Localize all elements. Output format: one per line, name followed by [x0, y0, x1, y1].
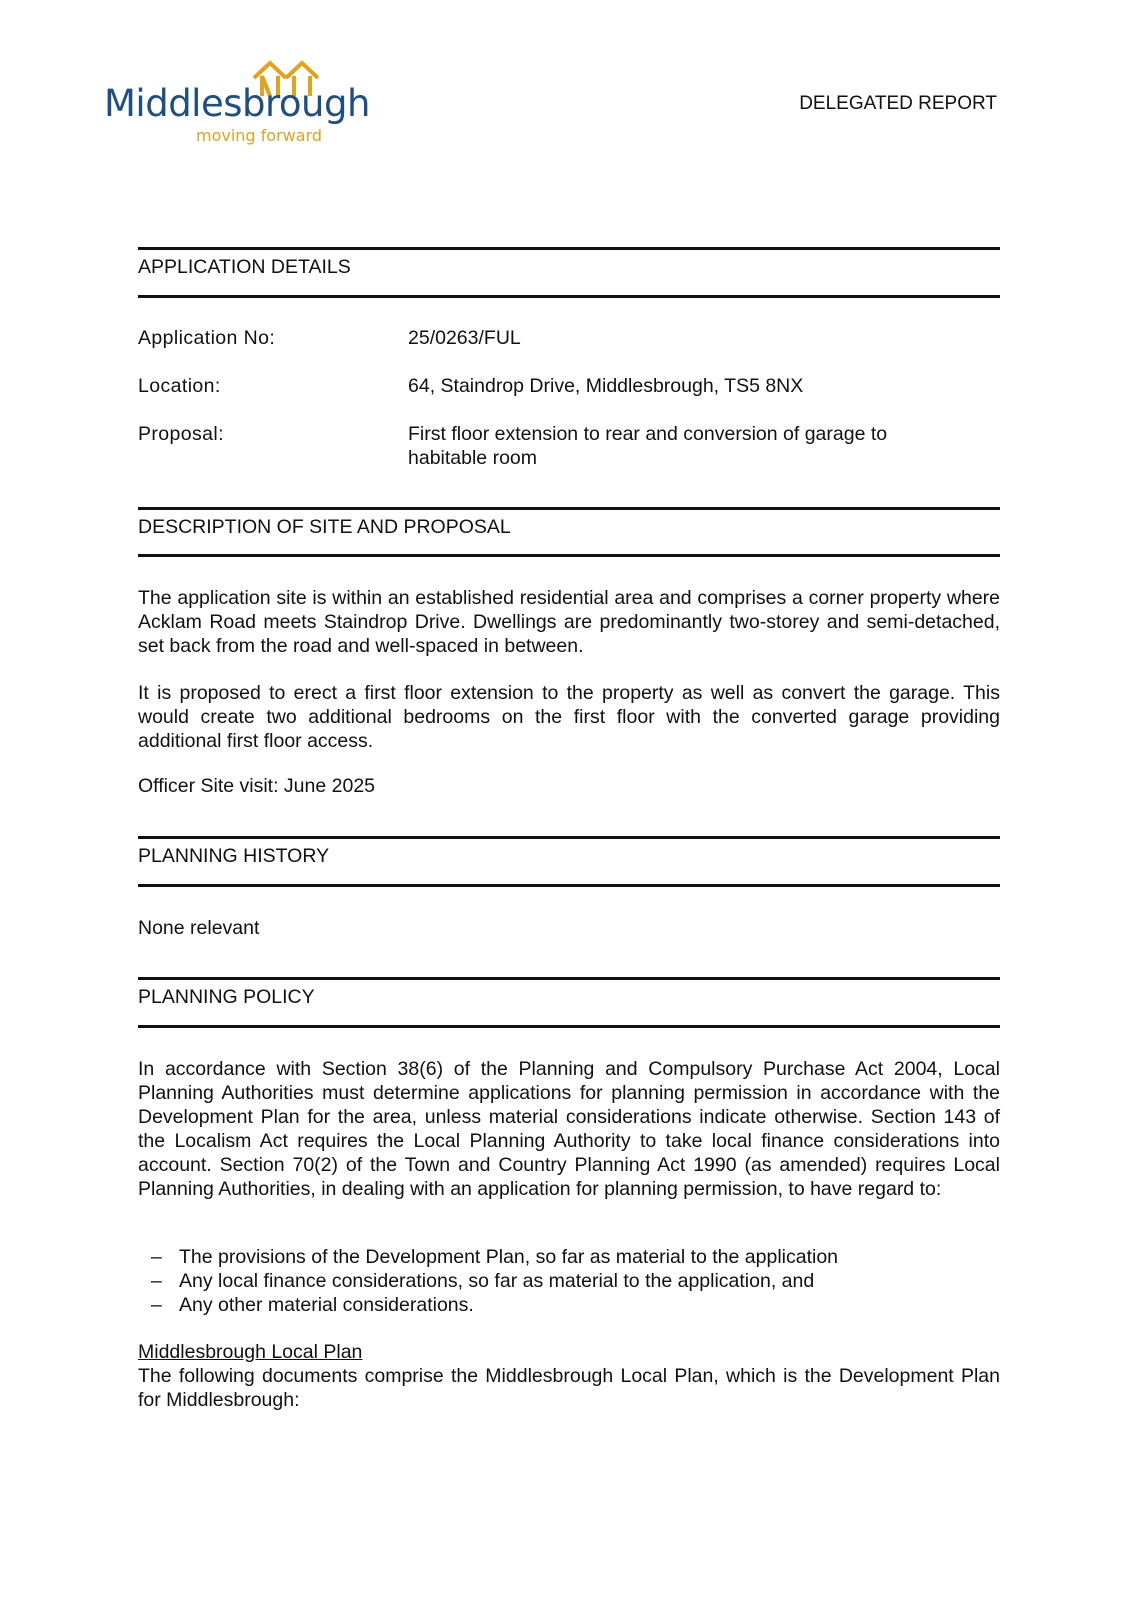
- planning-policy-heading: PLANNING POLICY: [138, 986, 315, 1009]
- section-divider: [138, 295, 1000, 298]
- planning-history-heading: PLANNING HISTORY: [138, 845, 329, 868]
- logo-wordmark: Middlesbrough: [104, 82, 370, 125]
- application-details-heading: APPLICATION DETAILS: [138, 256, 351, 279]
- local-plan-text: The following documents comprise the Mid…: [138, 1365, 1000, 1411]
- detail-value: 25/0263/FUL: [408, 326, 948, 350]
- logo-tagline: moving forward: [196, 126, 322, 145]
- list-item: –The provisions of the Development Plan,…: [138, 1245, 838, 1269]
- detail-label: Location:: [138, 374, 398, 398]
- considerations-list: –The provisions of the Development Plan,…: [138, 1245, 838, 1317]
- planning-policy-intro: In accordance with Section 38(6) of the …: [138, 1057, 1000, 1201]
- section-divider: [138, 836, 1000, 839]
- planning-history-text: None relevant: [138, 916, 1000, 940]
- section-divider: [138, 507, 1000, 510]
- section-divider: [138, 1025, 1000, 1028]
- local-plan-subheading: Middlesbrough Local Plan: [138, 1341, 362, 1363]
- description-paragraph: The application site is within an establ…: [138, 586, 1000, 658]
- detail-value: 64, Staindrop Drive, Middlesbrough, TS5 …: [408, 374, 948, 398]
- description-paragraph: It is proposed to erect a first floor ex…: [138, 681, 1000, 753]
- local-plan-section: Middlesbrough Local Plan The following d…: [138, 1340, 1000, 1412]
- list-item: –Any other material considerations.: [138, 1293, 838, 1317]
- description-heading: DESCRIPTION OF SITE AND PROPOSAL: [138, 516, 511, 539]
- detail-label: Application No:: [138, 326, 398, 350]
- list-item: –Any local finance considerations, so fa…: [138, 1269, 838, 1293]
- section-divider: [138, 247, 1000, 250]
- site-visit-date: Officer Site visit: June 2025: [138, 774, 1000, 798]
- section-divider: [138, 977, 1000, 980]
- detail-label: Proposal:: [138, 422, 398, 446]
- detail-value: First floor extension to rear and conver…: [408, 422, 928, 470]
- report-type-label: DELEGATED REPORT: [799, 93, 997, 115]
- section-divider: [138, 554, 1000, 557]
- middlesbrough-logo: Middlesbrough moving forward: [104, 60, 374, 155]
- section-divider: [138, 884, 1000, 887]
